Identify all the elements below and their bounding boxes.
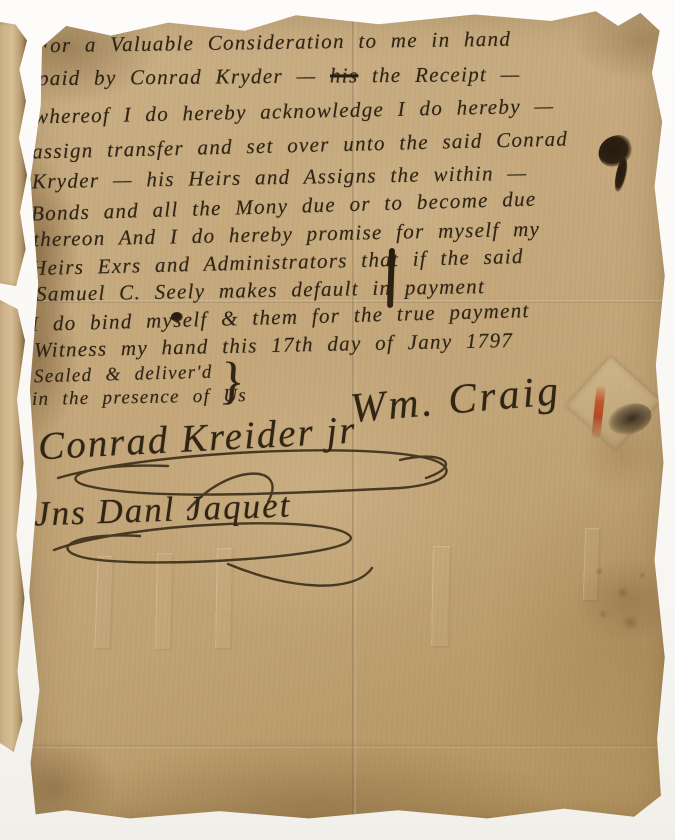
ink-blot bbox=[595, 132, 635, 169]
jr-loop-flourish bbox=[400, 457, 446, 478]
manuscript-line: paid by Conrad Kryder — his the Receipt … bbox=[38, 62, 521, 91]
attestation-line: Sealed & deliver'd bbox=[34, 362, 213, 389]
blind-emboss-mark bbox=[215, 548, 232, 648]
jaquet-tail-flourish bbox=[228, 564, 372, 586]
blind-emboss-mark bbox=[431, 546, 450, 646]
signature-wm-craig: Wm. Craig bbox=[348, 367, 563, 433]
struck-word: his bbox=[330, 63, 359, 87]
horizontal-fold-crease bbox=[28, 745, 666, 748]
attestation-line: in the presence of Us bbox=[32, 385, 247, 411]
manuscript-line: For a Valuable Consideration to me in ha… bbox=[36, 27, 511, 59]
line-text: paid by Conrad Kryder — bbox=[38, 64, 330, 91]
attestation-brace: } bbox=[218, 351, 247, 412]
signature-conrad-kreider: Conrad Kreider jr bbox=[37, 408, 357, 470]
foxing-stain bbox=[576, 554, 654, 640]
ink-blot bbox=[171, 312, 183, 322]
manuscript-line: assign transfer and set over unto the sa… bbox=[32, 126, 569, 164]
manuscript-line: whereof I do hereby acknowledge I do her… bbox=[34, 94, 555, 130]
manuscript-page: For a Valuable Consideration to me in ha… bbox=[28, 8, 666, 820]
signature-jaquet: Jns Danl Jaquet bbox=[33, 486, 292, 535]
line-text: the Receipt — bbox=[358, 62, 520, 87]
blind-emboss-mark bbox=[155, 553, 172, 649]
folded-page-edge-lower bbox=[0, 300, 25, 752]
folded-page-edge-upper bbox=[0, 22, 27, 286]
wafer-seal-remnant bbox=[566, 356, 659, 449]
blind-emboss-mark bbox=[94, 556, 112, 648]
scanned-document: For a Valuable Consideration to me in ha… bbox=[0, 0, 675, 840]
